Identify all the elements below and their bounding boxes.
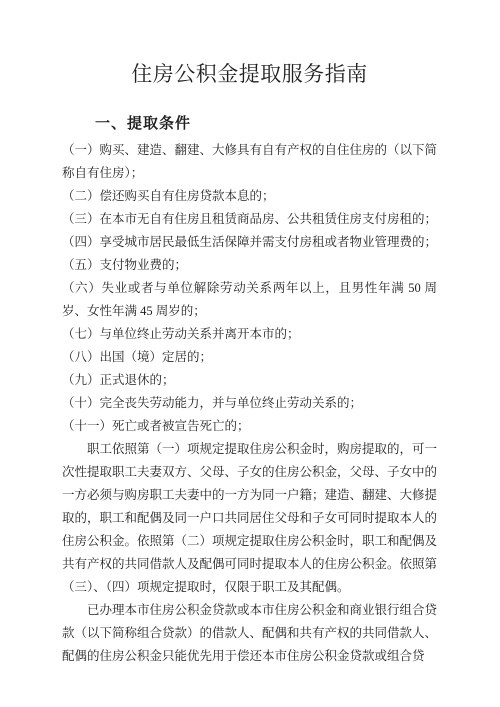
condition-item-5: （五）支付物业费的； — [62, 254, 437, 277]
condition-item-4: （四）享受城市居民最低生活保障并需支付房租或者物业管理费的； — [62, 231, 437, 254]
body-paragraph-1: 职工依照第（一）项规定提取住房公积金时，购房提取的，可一次性提取职工夫妻双方、父… — [62, 438, 437, 599]
condition-item-6: （六）失业或者与单位解除劳动关系两年以上，且男性年满 50 周岁、女性年满 45… — [62, 277, 437, 323]
section-heading: 一、提取条件 — [62, 112, 437, 135]
condition-item-2: （二）偿还购买自有住房贷款本息的； — [62, 185, 437, 208]
condition-item-10: （十）完全丧失劳动能力，并与单位终止劳动关系的； — [62, 392, 437, 415]
document-page: 住房公积金提取服务指南 一、提取条件 （一）购买、建造、翻建、大修具有自有产权的… — [0, 0, 500, 707]
document-title: 住房公积金提取服务指南 — [62, 58, 437, 90]
condition-item-1: （一）购买、建造、翻建、大修具有自有产权的自住住房的（以下简称自有住房）； — [62, 139, 437, 185]
body-paragraph-2: 已办理本市住房公积金贷款或本市住房公积金和商业银行组合贷款（以下简称组合贷款）的… — [62, 599, 437, 668]
condition-item-9: （九）正式退休的； — [62, 369, 437, 392]
condition-item-3: （三）在本市无自有住房且租赁商品房、公共租赁住房支付房租的； — [62, 208, 437, 231]
condition-item-7: （七）与单位终止劳动关系并离开本市的； — [62, 323, 437, 346]
condition-item-8: （八）出国（境）定居的； — [62, 346, 437, 369]
condition-item-11: （十一）死亡或者被宣告死亡的； — [62, 415, 437, 438]
